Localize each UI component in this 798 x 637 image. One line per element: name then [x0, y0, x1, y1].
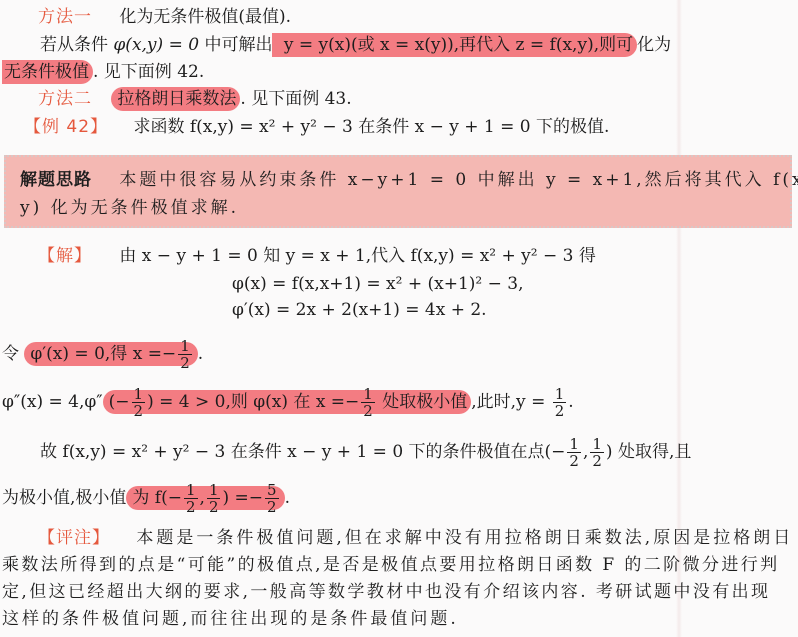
comment-label: 【评注】: [38, 528, 110, 548]
hl-text-b: ) = 4 > 0,则 φ(x) 在 x =−: [147, 392, 359, 412]
solution-line3: φ′(x) = 2x + 2(x+1) = 4x + 2.: [232, 299, 487, 321]
critical-point-text: φ′(x) = 0,得 x =−: [30, 344, 176, 364]
solution-line1: 【解】 由 x − y + 1 = 0 知 y = x + 1,代入 f(x,y…: [38, 245, 596, 267]
method-two-suffix: . 见下面例 43.: [240, 89, 351, 109]
fraction: 12: [553, 386, 567, 419]
comment-text-4: 这样的条件极值问题,而往往出现的是条件最值问题.: [2, 609, 459, 629]
comma: ,: [583, 442, 588, 462]
method-two-label: 方法二: [38, 89, 92, 109]
period: .: [198, 344, 203, 364]
solution-line6: 故 f(x,y) = x² + y² − 3 在条件 x − y + 1 = 0…: [40, 434, 691, 470]
numerator: 1: [207, 482, 221, 499]
detail-line2-suffix: . 见下面例 42.: [93, 62, 204, 82]
solution-line7: 为极小值,极小值为 f(−12,12) =−52.: [2, 480, 290, 516]
conclusion-suffix: ) 处取得,且: [606, 442, 691, 462]
period: .: [568, 392, 573, 412]
hl-text-c: 处取极小值: [377, 392, 467, 412]
comment-line2: 乘数法所得到的点是“可能”的极值点,是否是极值点要用拉格朗日函数 F 的二阶微分…: [2, 554, 780, 576]
denominator: 2: [184, 499, 198, 515]
hl-text-a: 为 f(−: [132, 488, 182, 508]
comment-line3: 定,但这已经超出大纲的要求,一般高等数学教材中也没有介绍该内容. 考研试题中没有…: [2, 581, 770, 603]
highlight-solve-substitute: y = y(x)(或 x = x(y)),再代入 z = f(x,y),则可: [272, 33, 637, 57]
comment-line4: 这样的条件极值问题,而往往出现的是条件最值问题.: [2, 608, 459, 630]
denominator: 2: [207, 499, 221, 515]
solution-label: 【解】: [38, 246, 92, 266]
solution-thinking-box: 解题思路 本题中很容易从约束条件 x−y+1 = 0 中解出 y = x+1,然…: [4, 155, 792, 228]
conclusion-prefix: 故 f(x,y) = x² + y² − 3 在条件 x − y + 1 = 0…: [40, 442, 565, 462]
method-one-detail-line2: 无条件极值. 见下面例 42.: [2, 61, 204, 83]
highlight-unconstrained-extremum: 无条件极值: [2, 60, 93, 84]
detail-middle: 中可解出: [199, 35, 272, 55]
numerator: 1: [361, 386, 375, 403]
example-42-line: 【例 42】 求函数 f(x,y) = x² + y² − 3 在条件 x − …: [24, 116, 609, 138]
comment-text-1: 本题是一条件极值问题,但在求解中没有用拉格朗日乘数法,原因是拉格朗日: [136, 528, 793, 548]
highlight-minimum-value: 为 f(−12,12) =−52: [126, 486, 284, 510]
denominator: 2: [553, 403, 567, 419]
example-text: 求函数 f(x,y) = x² + y² − 3 在条件 x − y + 1 =…: [133, 117, 609, 137]
thinking-label: 解题思路: [20, 170, 92, 190]
denominator: 2: [567, 453, 581, 469]
period: .: [285, 488, 290, 508]
fraction: 12: [567, 436, 581, 469]
numerator: 1: [567, 436, 581, 453]
example-label: 【例 42】: [24, 117, 108, 137]
fraction: 12: [178, 338, 192, 371]
denominator: 2: [361, 403, 375, 419]
minimum-prefix: 为极小值,极小值: [2, 488, 126, 508]
comma: ,: [200, 488, 205, 508]
method-one-text: 化为无条件极值(最值).: [119, 7, 291, 27]
comment-line1: 【评注】 本题是一条件极值问题,但在求解中没有用拉格朗日乘数法,原因是拉格朗日: [38, 527, 793, 549]
method-one-detail-line1: 若从条件 φ(x,y) = 0 中可解出 y = y(x)(或 x = x(y)…: [40, 34, 671, 56]
phi-derivative: φ′(x) = 2x + 2(x+1) = 4x + 2.: [232, 300, 487, 320]
highlight-critical-point: φ′(x) = 0,得 x =−12: [24, 342, 197, 366]
denominator: 2: [178, 355, 192, 371]
thinking-text-2: y) 化为无条件极值求解.: [20, 198, 239, 218]
numerator: 1: [184, 482, 198, 499]
hl-text-a: (−: [109, 392, 130, 412]
fraction: 12: [132, 386, 146, 419]
numerator: 1: [590, 436, 604, 453]
solution-line4: 令 φ′(x) = 0,得 x =−12.: [2, 336, 203, 372]
solution-line2: φ(x) = f(x,x+1) = x² + (x+1)² − 3,: [232, 273, 524, 295]
fraction: 12: [590, 436, 604, 469]
detail-suffix: 化为: [637, 35, 671, 55]
condition-formula: φ(x,y) = 0: [113, 35, 199, 55]
denominator: 2: [265, 499, 279, 515]
fraction: 12: [207, 482, 221, 515]
denominator: 2: [590, 453, 604, 469]
second-derivative-prefix: φ″(x) = 4,φ″: [2, 392, 103, 412]
phi-definition: φ(x) = f(x,x+1) = x² + (x+1)² − 3,: [232, 274, 524, 294]
highlight-lagrange: 拉格朗日乘数法: [111, 87, 240, 111]
fraction: 12: [361, 386, 375, 419]
highlight-minimum-test: (−12) = 4 > 0,则 φ(x) 在 x =−12 处取极小值: [103, 390, 472, 414]
method-one-label: 方法一: [38, 7, 92, 27]
y-value-prefix: ,此时,y =: [471, 392, 550, 412]
hl-text-b: ) =−: [222, 488, 263, 508]
detail-prefix: 若从条件: [40, 35, 113, 55]
comment-text-2: 乘数法所得到的点是“可能”的极值点,是否是极值点要用拉格朗日函数 F 的二阶微分…: [2, 555, 780, 575]
textbook-page: 方法一 化为无条件极值(最值). 若从条件 φ(x,y) = 0 中可解出 y …: [0, 0, 798, 637]
numerator: 5: [265, 482, 279, 499]
numerator: 1: [132, 386, 146, 403]
method-one-line: 方法一 化为无条件极值(最值).: [38, 6, 291, 28]
solution-line5: φ″(x) = 4,φ″(−12) = 4 > 0,则 φ(x) 在 x =−1…: [2, 384, 574, 420]
fraction: 52: [265, 482, 279, 515]
fraction: 12: [184, 482, 198, 515]
comment-text-3: 定,但这已经超出大纲的要求,一般高等数学教材中也没有介绍该内容. 考研试题中没有…: [2, 582, 770, 602]
thinking-line1: 解题思路 本题中很容易从约束条件 x−y+1 = 0 中解出 y = x+1,然…: [20, 169, 798, 191]
solution-text-1: 由 x − y + 1 = 0 知 y = x + 1,代入 f(x,y) = …: [119, 246, 595, 266]
denominator: 2: [132, 403, 146, 419]
thinking-line2: y) 化为无条件极值求解.: [20, 197, 239, 219]
numerator: 1: [178, 338, 192, 355]
numerator: 1: [553, 386, 567, 403]
method-two-line: 方法二 拉格朗日乘数法. 见下面例 43.: [38, 88, 352, 110]
thinking-text-1: 本题中很容易从约束条件 x−y+1 = 0 中解出 y = x+1,然后将其代入…: [119, 170, 798, 190]
let-prefix: 令: [2, 344, 24, 364]
